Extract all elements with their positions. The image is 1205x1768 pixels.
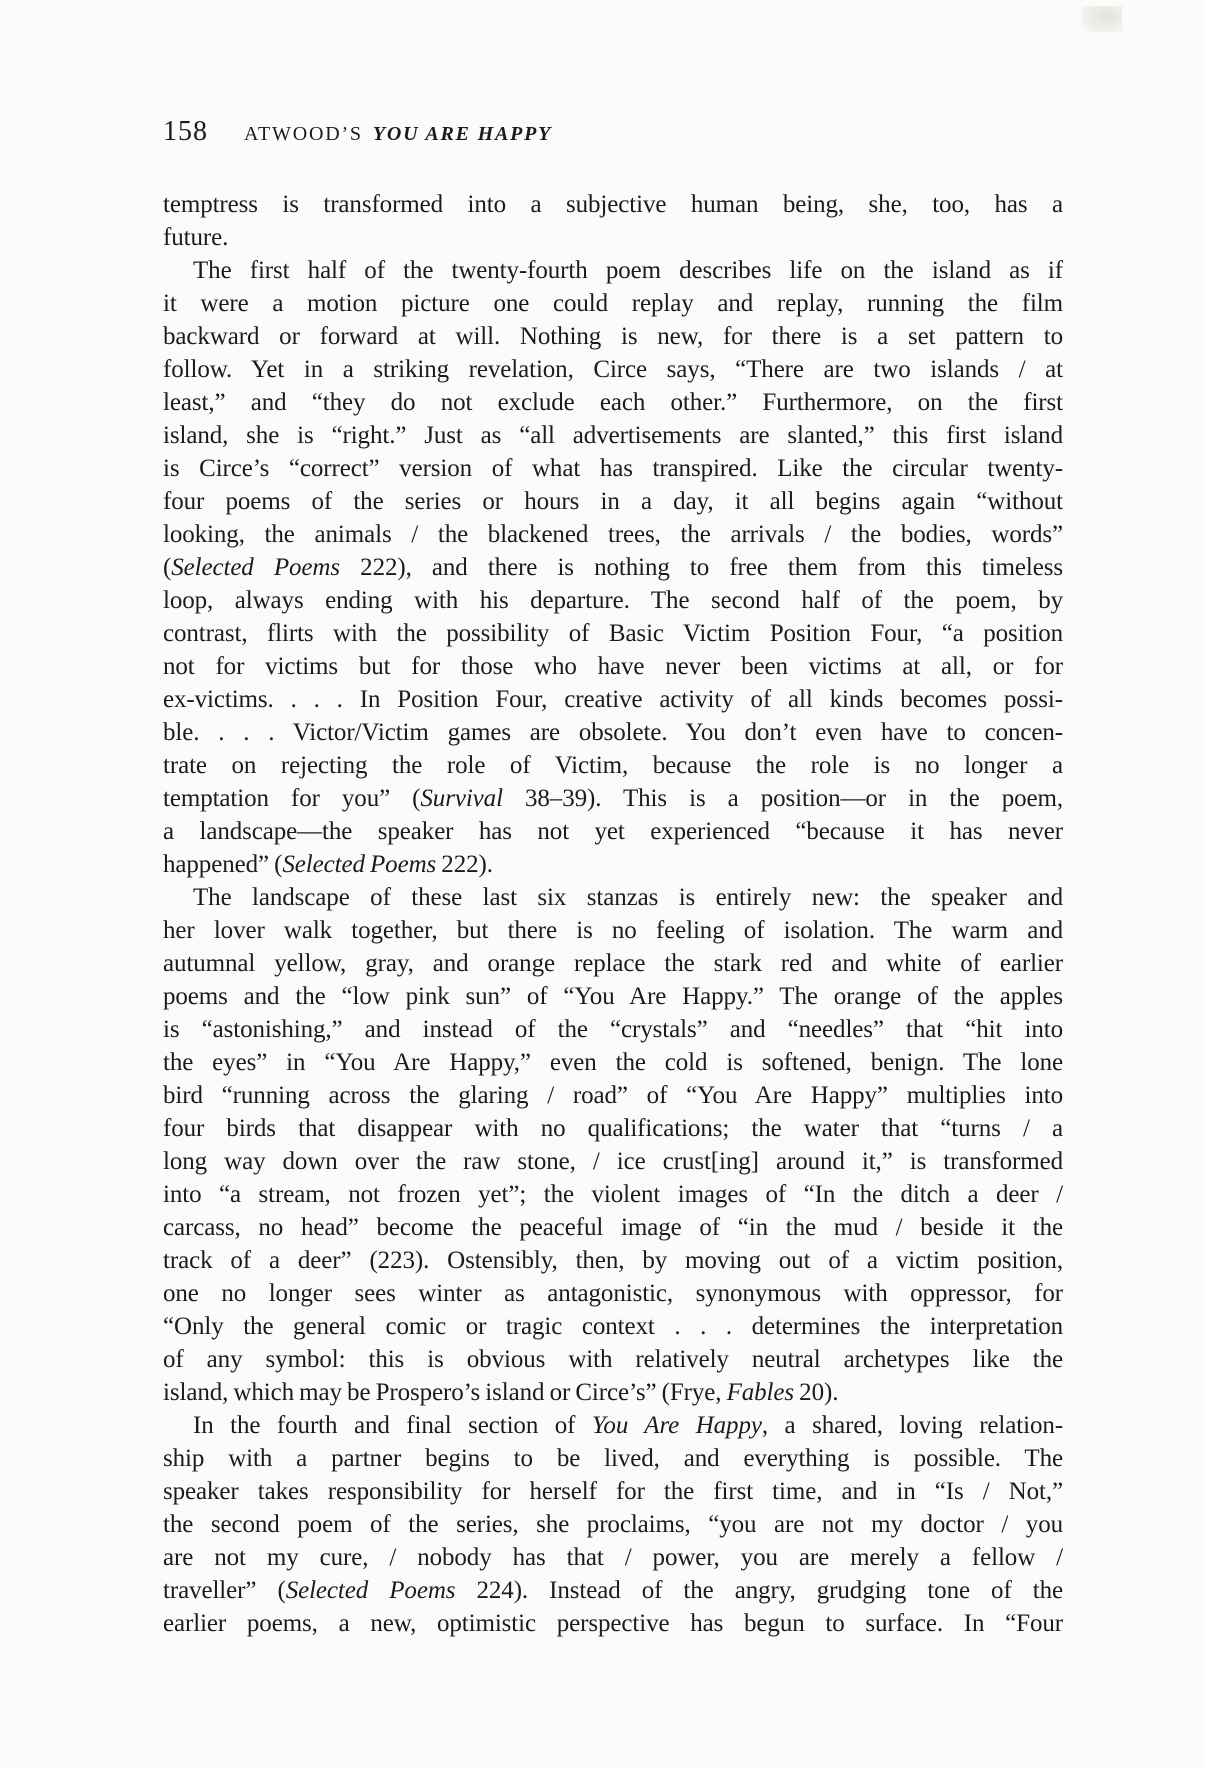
text-line: looking, the animals / the blackened tre… <box>163 518 1063 551</box>
text-line: one no longer sees winter as antagonisti… <box>163 1277 1063 1310</box>
text-line: carcass, no head” become the peaceful im… <box>163 1211 1063 1244</box>
text-line: the eyes” in “You Are Happy,” even the c… <box>163 1046 1063 1079</box>
text-line: least,” and “they do not exclude each ot… <box>163 386 1063 419</box>
text-line: happened” (Selected Poems 222). <box>163 848 1063 881</box>
text-line: are not my cure, / nobody has that / pow… <box>163 1541 1063 1574</box>
text-line: island, which may be Prospero’s island o… <box>163 1376 1063 1409</box>
text-line: poems and the “low pink sun” of “You Are… <box>163 980 1063 1013</box>
text-line: autumnal yellow, gray, and orange replac… <box>163 947 1063 980</box>
text-line: (Selected Poems 222), and there is nothi… <box>163 551 1063 584</box>
running-title-author: ATWOOD’S <box>244 123 363 145</box>
text-line: the second poem of the series, she procl… <box>163 1508 1063 1541</box>
text-line: four poems of the series or hours in a d… <box>163 485 1063 518</box>
text-line: of any symbol: this is obvious with rela… <box>163 1343 1063 1376</box>
text-line: In the fourth and final section of You A… <box>163 1409 1063 1442</box>
text-line: The landscape of these last six stanzas … <box>163 881 1063 914</box>
text-line: traveller” (Selected Poems 224). Instead… <box>163 1574 1063 1607</box>
text-line: is Circe’s “correct” version of what has… <box>163 452 1063 485</box>
text-line: follow. Yet in a striking revelation, Ci… <box>163 353 1063 386</box>
text-line: ble. . . . Victor/Victim games are obsol… <box>163 716 1063 749</box>
text-line: The first half of the twenty-fourth poem… <box>163 254 1063 287</box>
text-line: not for victims but for those who have n… <box>163 650 1063 683</box>
text-line: earlier poems, a new, optimistic perspec… <box>163 1607 1063 1640</box>
running-header: 158ATWOOD’SYOU ARE HAPPY <box>163 116 552 148</box>
text-line: long way down over the raw stone, / ice … <box>163 1145 1063 1178</box>
text-line: four birds that disappear with no qualif… <box>163 1112 1063 1145</box>
text-line: future. <box>163 221 1063 254</box>
text-line: ex-victims. . . . In Position Four, crea… <box>163 683 1063 716</box>
text-line: track of a deer” (223). Ostensibly, then… <box>163 1244 1063 1277</box>
text-line: her lover walk together, but there is no… <box>163 914 1063 947</box>
text-line: temptation for you” (Survival 38–39). Th… <box>163 782 1063 815</box>
text-line: contrast, flirts with the possibility of… <box>163 617 1063 650</box>
page-number: 158 <box>163 116 208 148</box>
text-line: a landscape—the speaker has not yet expe… <box>163 815 1063 848</box>
running-title: ATWOOD’SYOU ARE HAPPY <box>244 123 552 146</box>
text-line: loop, always ending with his departure. … <box>163 584 1063 617</box>
text-line: island, she is “right.” Just as “all adv… <box>163 419 1063 452</box>
text-line: is “astonishing,” and instead of the “cr… <box>163 1013 1063 1046</box>
text-line: “Only the general comic or tragic contex… <box>163 1310 1063 1343</box>
scan-artifact <box>1082 6 1122 32</box>
text-line: into “a stream, not frozen yet”; the vio… <box>163 1178 1063 1211</box>
page-body: temptress is transformed into a subjecti… <box>163 188 1063 1640</box>
text-line: speaker takes responsibility for herself… <box>163 1475 1063 1508</box>
text-line: temptress is transformed into a subjecti… <box>163 188 1063 221</box>
text-line: trate on rejecting the role of Victim, b… <box>163 749 1063 782</box>
text-line: it were a motion picture one could repla… <box>163 287 1063 320</box>
text-line: bird “running across the glaring / road”… <box>163 1079 1063 1112</box>
text-line: ship with a partner begins to be lived, … <box>163 1442 1063 1475</box>
text-line: backward or forward at will. Nothing is … <box>163 320 1063 353</box>
running-title-book: YOU ARE HAPPY <box>373 123 552 145</box>
book-page: 158ATWOOD’SYOU ARE HAPPY temptress is tr… <box>0 0 1205 1768</box>
